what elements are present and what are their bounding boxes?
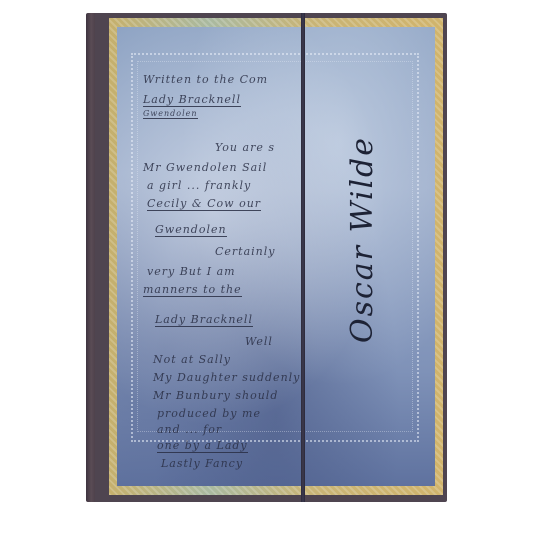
manuscript-line: one by a Lady [157, 439, 248, 453]
manuscript-line: Well [245, 335, 273, 348]
manuscript-line: Written to the Com [143, 73, 268, 86]
notebook: Written to the Com Lady Bracknell Gwendo… [86, 13, 447, 502]
manuscript-line: Certainly [215, 245, 276, 258]
manuscript-line: My Daughter suddenly [153, 371, 300, 384]
manuscript-line: a girl ... frankly [147, 179, 251, 192]
manuscript-line: Gwendolen [143, 109, 198, 119]
manuscript-line: Gwendolen [155, 223, 227, 237]
notebook-cover: Written to the Com Lady Bracknell Gwendo… [95, 13, 447, 502]
manuscript-line: Lady Bracknell [143, 93, 241, 107]
manuscript-line: Cecily & Cow our [147, 197, 261, 211]
signature: Oscar Wilde [345, 136, 380, 343]
manuscript-line: Mr Gwendolen Sail [143, 161, 267, 174]
manuscript-line: very But I am [147, 265, 236, 278]
manuscript-line: Not at Sally [153, 353, 231, 366]
manuscript-line: produced by me [157, 407, 261, 420]
manuscript-line: You are s [215, 141, 275, 154]
manuscript-line: Lady Bracknell [155, 313, 253, 327]
manuscript-line: Mr Bunbury should [153, 389, 278, 402]
magnetic-closure-strap [301, 13, 305, 502]
manuscript-line: and ... for [157, 423, 222, 436]
manuscript-line: Lastly Fancy [161, 457, 243, 470]
manuscript-line: manners to the [143, 283, 242, 297]
